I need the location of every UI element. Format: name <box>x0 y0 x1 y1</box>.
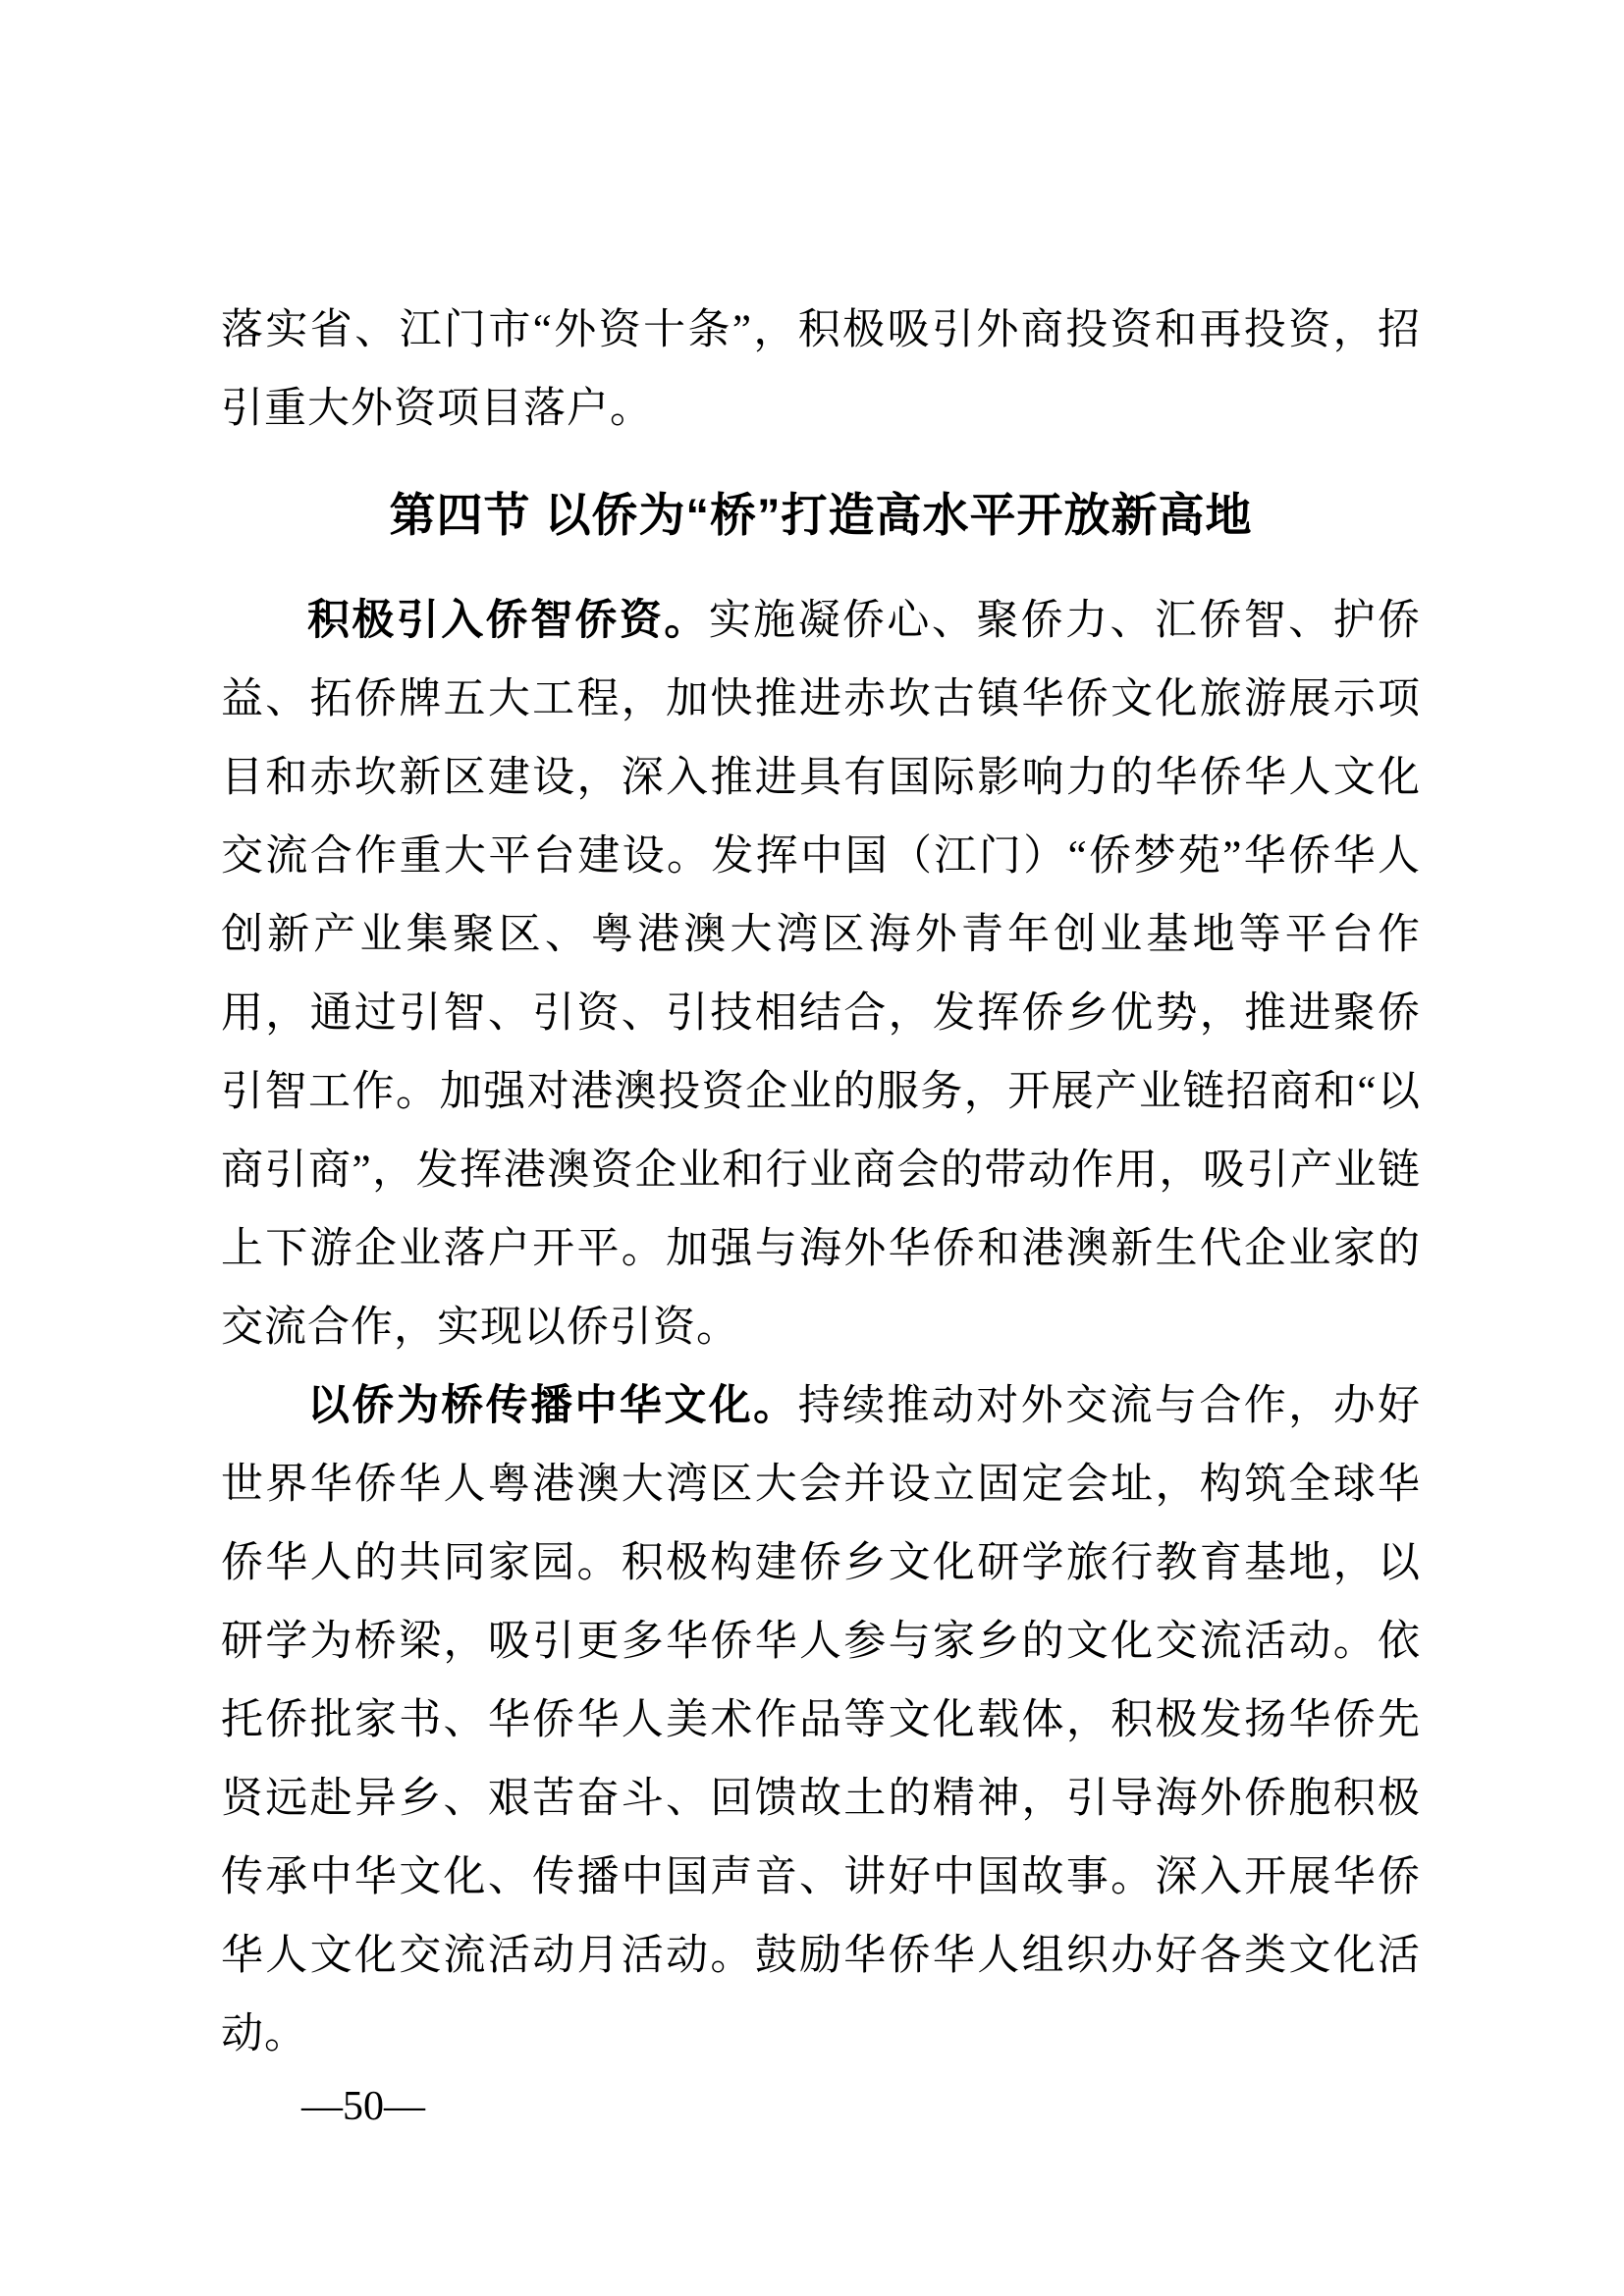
section-heading: 第四节 以侨为“桥”打造高水平开放新高地 <box>221 476 1421 555</box>
paragraph-body: 实施凝侨心、聚侨力、汇侨智、护侨益、拓侨牌五大工程，加快推进赤坎古镇华侨文化旅游… <box>221 598 1421 1351</box>
page-number: —50— <box>301 2083 425 2130</box>
paragraph-chinese-culture: 以侨为桥传播中华文化。持续推动对外交流与合作，办好世界华侨华人粤港澳大湾区大会并… <box>221 1367 1421 2074</box>
paragraph-lead: 以侨为桥传播中华文化。 <box>307 1383 798 1429</box>
continuation-paragraph: 落实省、江门市“外资十条”，积极吸引外商投资和再投资，招引重大外资项目落户。 <box>221 292 1421 449</box>
paragraph-qiaozhi-qiaozi: 积极引入侨智侨资。实施凝侨心、聚侨力、汇侨智、护侨益、拓侨牌五大工程，加快推进赤… <box>221 582 1421 1367</box>
text-block: 落实省、江门市“外资十条”，积极吸引外商投资和再投资，招引重大外资项目落户。 第… <box>221 292 1421 2074</box>
paragraph-body: 持续推动对外交流与合作，办好世界华侨华人粤港澳大湾区大会并设立固定会址，构筑全球… <box>221 1383 1421 2057</box>
paragraph-lead: 积极引入侨智侨资。 <box>307 598 709 644</box>
document-page: 落实省、江门市“外资十条”，积极吸引外商投资和再投资，招引重大外资项目落户。 第… <box>0 0 1624 2296</box>
